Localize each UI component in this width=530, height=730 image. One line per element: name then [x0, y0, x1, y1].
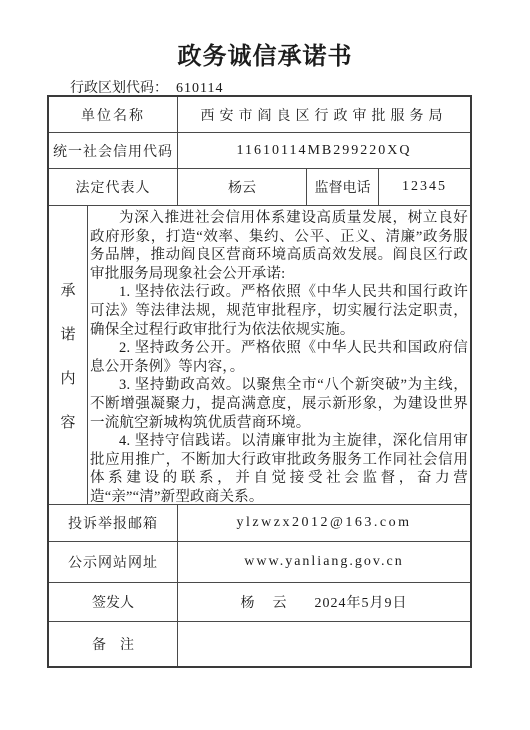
unit-name-value: 西安市阎良区行政审批服务局	[177, 97, 470, 132]
signer-label: 签发人	[49, 583, 177, 621]
legal-rep-label: 法定代表人	[49, 169, 177, 205]
remark-label: 备 注	[49, 622, 177, 666]
remark-value	[177, 622, 470, 666]
signer-name: 杨 云	[241, 592, 289, 612]
credit-code-label: 统一社会信用代码	[49, 133, 177, 168]
public-site-label: 公示网站网址	[49, 542, 177, 582]
commitment-paragraph: 3. 坚持勤政高效。以聚焦全市“八个新突破”为主线，不断增强凝聚力，提高满意度，…	[90, 376, 468, 432]
signer-date: 2024年5月9日	[315, 592, 408, 612]
commitment-paragraph: 2. 坚持政务公开。严格依照《中华人民共和国政府信息公开条例》等内容，。	[90, 339, 468, 376]
admin-division-code-label: 行政区划代码：	[70, 81, 168, 96]
supervise-phone-label: 监督电话	[306, 169, 378, 205]
commitment-label-char: 容	[60, 411, 75, 432]
legal-rep-value: 杨云	[177, 169, 306, 205]
admin-division-code: 行政区划代码：610114	[70, 77, 223, 97]
admin-division-code-value: 610114	[176, 81, 223, 96]
signer-value: 杨 云 2024年5月9日	[177, 583, 470, 621]
table-row-credit-code: 统一社会信用代码 11610114MB299220XQ	[49, 132, 470, 168]
commitment-label: 承 诺 内 容	[49, 206, 87, 504]
complaint-email-value: ylzwzx2012@163.com	[177, 505, 470, 541]
commitment-label-char: 承	[60, 279, 75, 300]
commitment-paragraph: 4. 坚持守信践诺。以清廉审批为主旋律，深化信用审批应用推广，不断加大行政审批政…	[90, 432, 468, 504]
table-row-signer: 签发人 杨 云 2024年5月9日	[49, 582, 470, 621]
table-row-complaint-email: 投诉举报邮箱 ylzwzx2012@163.com	[49, 504, 470, 541]
table-row-public-site: 公示网站网址 www.yanliang.gov.cn	[49, 541, 470, 582]
credit-code-value: 11610114MB299220XQ	[177, 133, 470, 168]
table-row-legal-rep: 法定代表人 杨云 监督电话 12345	[49, 168, 470, 205]
commitment-paragraph: 为深入推进社会信用体系建设高质量发展，树立良好政府形象，打造“效率、集约、公平、…	[90, 209, 468, 283]
table-row-unit-name: 单位名称 西安市阎良区行政审批服务局	[49, 97, 470, 132]
complaint-email-label: 投诉举报邮箱	[49, 505, 177, 541]
unit-name-label: 单位名称	[49, 97, 177, 132]
supervise-phone-value: 12345	[378, 169, 470, 205]
commitment-label-char: 诺	[60, 323, 75, 344]
table-row-remark: 备 注	[49, 621, 470, 666]
table-row-commitment: 承 诺 内 容 为深入推进社会信用体系建设高质量发展，树立良好政府形象，打造“效…	[49, 205, 470, 504]
page-title: 政务诚信承诺书	[0, 36, 530, 71]
commitment-paragraph: 1. 坚持依法行政。严格依照《中华人民共和国行政许可法》等法律法规，规范审批程序…	[90, 283, 468, 339]
commitment-content: 为深入推进社会信用体系建设高质量发展，树立良好政府形象，打造“效率、集约、公平、…	[87, 206, 470, 504]
public-site-value: www.yanliang.gov.cn	[177, 542, 470, 582]
commitment-form-table: 单位名称 西安市阎良区行政审批服务局 统一社会信用代码 11610114MB29…	[47, 95, 472, 668]
commitment-label-char: 内	[60, 367, 75, 388]
